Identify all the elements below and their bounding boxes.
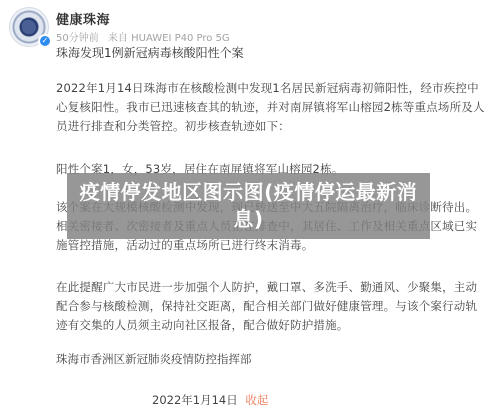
- post-footer: 2022年1月14日 收起: [152, 392, 268, 408]
- verified-check-icon: ✓: [38, 34, 52, 48]
- post-time[interactable]: 50分钟前: [56, 33, 99, 44]
- post-date: 2022年1月14日: [152, 393, 238, 407]
- post-title: 珠海发现1例新冠病毒核酸阳性个案: [56, 44, 244, 61]
- post-paragraph-4: 在此提醒广大市民进一步加强个人防护，戴口罩、多洗手、勤通风、少聚集，主动配合参与…: [56, 278, 488, 335]
- headline-overlay: 疫情停发地区图示图(疫情停运最新消息): [67, 173, 430, 239]
- account-name[interactable]: 健康珠海: [56, 9, 110, 28]
- post-meta: 50分钟前 来自 HUAWEI P40 Pro 5G: [56, 29, 230, 44]
- post-paragraph-1: 2022年1月14日珠海市在核酸检测中发现1名居民新冠病毒初筛阳性，经市疾控中心…: [56, 79, 488, 136]
- post-header: ✓ 健康珠海 50分钟前 来自 HUAWEI P40 Pro 5G 珠海发现1例…: [0, 0, 500, 60]
- overlay-headline: 疫情停发地区图示图(疫情停运最新消息): [75, 179, 422, 233]
- post-signature: 珠海市香洲区新冠肺炎疫情防控指挥部: [56, 351, 252, 367]
- collapse-link[interactable]: 收起: [245, 393, 268, 407]
- org-emblem-icon: [22, 20, 36, 34]
- post-source: 来自 HUAWEI P40 Pro 5G: [108, 33, 230, 44]
